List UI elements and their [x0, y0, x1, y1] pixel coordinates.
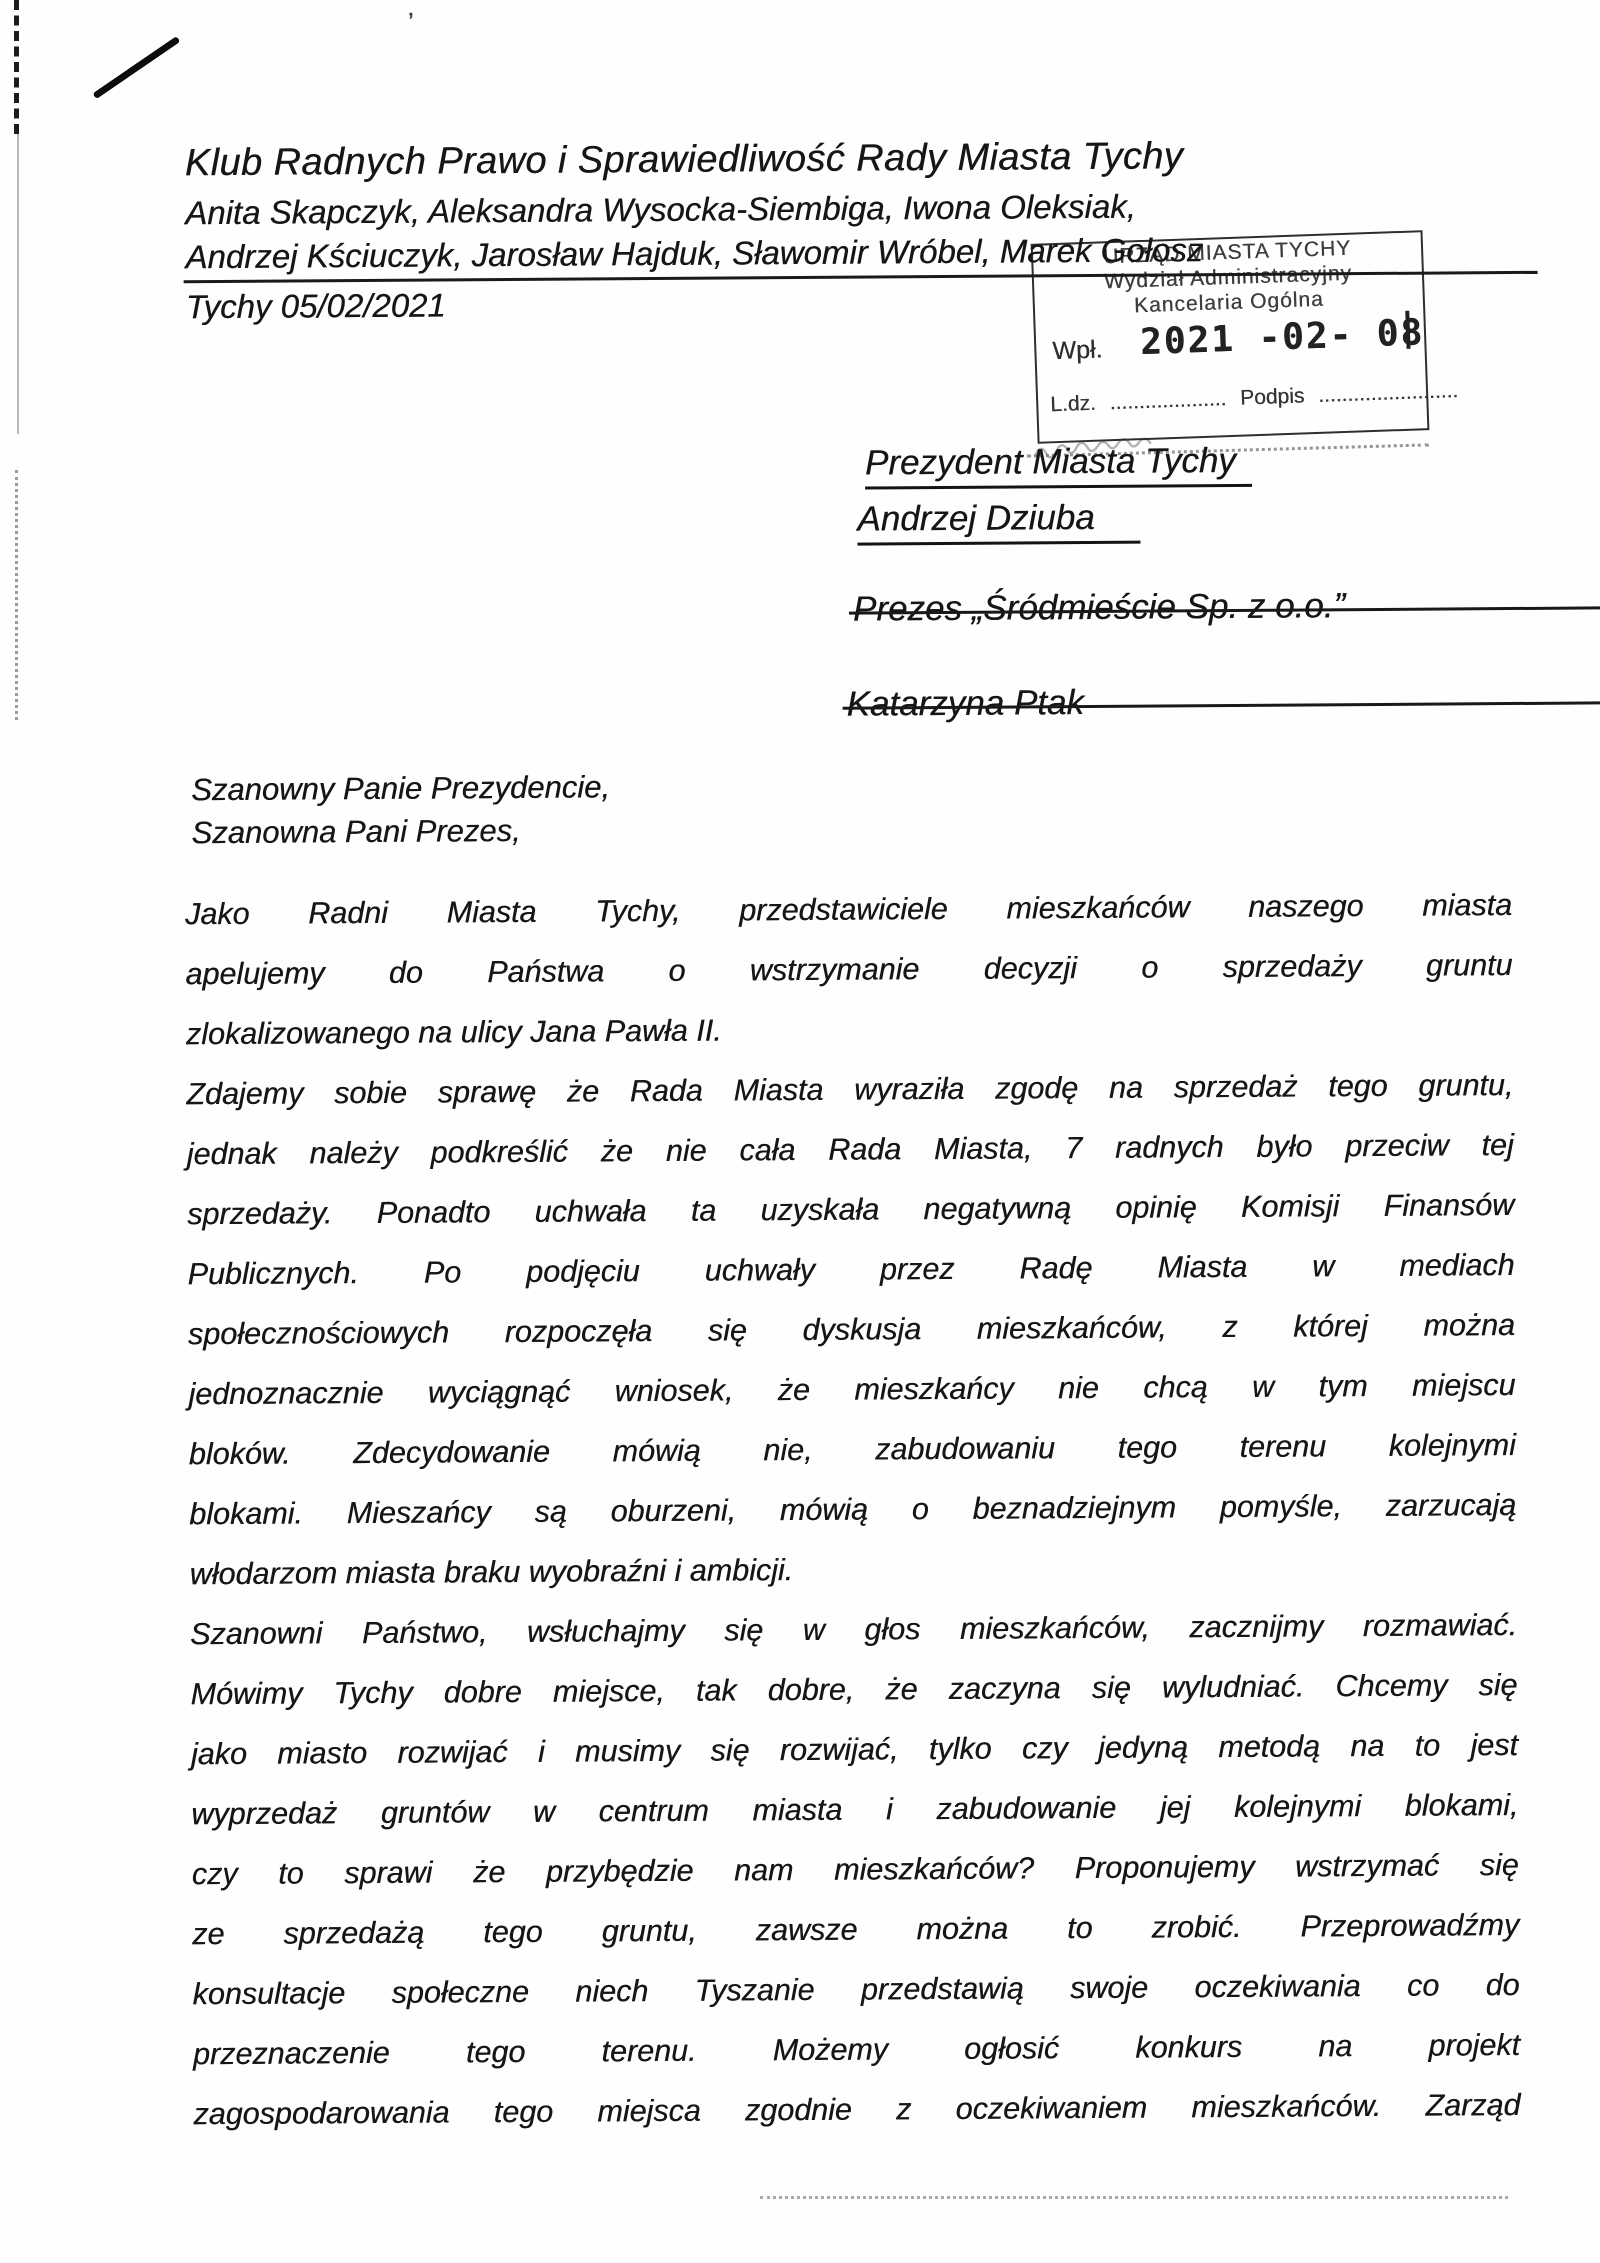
stamp-received-label: Wpł. — [1052, 335, 1103, 366]
body-text-line: sprzedaży. Ponadto uchwała ta uzyskała n… — [187, 1175, 1514, 1244]
body-text-line: włodarzom miasta braku wyobraźni i ambic… — [189, 1535, 1516, 1604]
body-text-line: zlokalizowanego na ulicy Jana Pawła II. — [186, 995, 1513, 1064]
body-text-line: zagospodarowania tego miejsca zgodnie z … — [193, 2075, 1520, 2144]
stamp-ref-label: L.dz. — [1050, 392, 1096, 417]
body-text-line: Zdajemy sobie sprawę że Rada Miasta wyra… — [186, 1055, 1513, 1124]
recipient-name: Andrzej Dziuba — [857, 498, 1141, 546]
pen-checkmark-stroke — [92, 36, 180, 99]
salutation: Szanowny Panie Prezydencie, Szanowna Pan… — [191, 765, 610, 854]
body-text-line: Publicznych. Po podjęciu uchwały przez R… — [187, 1235, 1514, 1304]
body-text-line: bloków. Zdecydowanie mówią nie, zabudowa… — [189, 1415, 1516, 1484]
sender-club-title: Klub Radnych Prawo i Sprawiedliwość Rady… — [185, 135, 1184, 185]
body-text-line: blokami. Mieszańcy są oburzeni, mówią o … — [189, 1475, 1516, 1544]
body-text-line: wyprzedaż gruntów w centrum miasta i zab… — [191, 1775, 1518, 1844]
scanned-letter-page: ’ Klub Radnych Prawo i Sprawiedliwość Ra… — [0, 0, 1600, 2263]
body-text-line: apelujemy do Państwa o wstrzymanie decyz… — [185, 935, 1512, 1004]
body-text-line: społecznościowych rozpoczęła się dyskusj… — [188, 1295, 1515, 1364]
body-text-line: Jako Radni Miasta Tychy, przedstawiciele… — [185, 875, 1512, 944]
sender-names-line2: Andrzej Kściuczyk, Jarosław Hajduk, Sław… — [185, 231, 1203, 276]
salutation-line2: Szanowna Pani Prezes, — [191, 808, 610, 854]
struck-recipient-title: Prezes „Śródmieście Sp. z o.o.” — [853, 578, 1600, 629]
letter-body: Jako Radni Miasta Tychy, przedstawiciele… — [185, 875, 1521, 2144]
body-text-line: przeznaczenie tego terenu. Możemy ogłosi… — [193, 2015, 1520, 2084]
stamp-ref-signature-row: L.dz. .................... Podpis ......… — [1050, 379, 1467, 418]
salutation-line1: Szanowny Panie Prezydencie, — [191, 765, 610, 811]
scan-speck: ’ — [408, 7, 414, 38]
sender-names-line1: Anita Skapczyk, Aleksandra Wysocka-Siemb… — [185, 188, 1136, 233]
body-text-line: czy to sprawi że przybędzie nam mieszkań… — [192, 1835, 1519, 1904]
recipient-title: Prezydent Miasta Tychy — [865, 441, 1252, 490]
body-text-line: jednak należy podkreślić że nie cała Rad… — [187, 1115, 1514, 1184]
place-and-date: Tychy 05/02/2021 — [186, 286, 446, 326]
body-text-line: konsultacje społeczne niech Tyszanie prz… — [192, 1955, 1519, 2024]
stamp-ref-dots: .................... — [1109, 387, 1226, 414]
struck-recipient-name: Katarzyna Ptak — [846, 674, 1600, 725]
body-text-line: jednoznacznie wyciągnąć wniosek, że mies… — [188, 1355, 1515, 1424]
letter-sheet: ’ Klub Radnych Prawo i Sprawiedliwość Ra… — [0, 0, 1600, 2263]
body-text-line: Szanowni Państwo, wsłuchajmy się w głos … — [190, 1595, 1517, 1664]
body-text-line: jako miasto rozwijać i musimy się rozwij… — [191, 1715, 1518, 1784]
stamp-signature-label: Podpis — [1240, 384, 1305, 409]
body-text-line: Mówimy Tychy dobre miejsce, tak dobre, ż… — [190, 1655, 1517, 1724]
stamp-signature-dots: ........................ — [1318, 379, 1459, 407]
body-text-line: ze sprzedażą tego gruntu, zawsze można t… — [192, 1895, 1519, 1964]
stamp-received-date: 2021 -02- 08 — [1139, 312, 1424, 363]
